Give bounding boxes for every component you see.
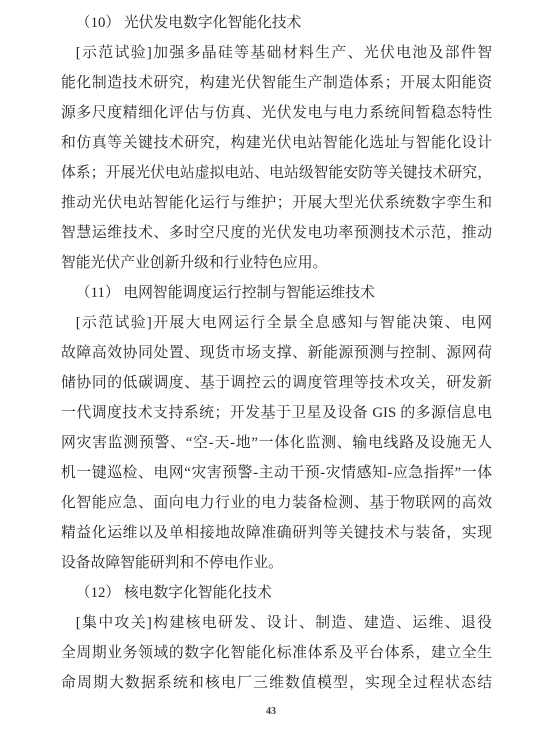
text-line: 和仿真等关键技术研究，构建光伏电站智能化选址与智能化设计 xyxy=(61,128,492,158)
document-text-block: （10） 光伏发电数字化智能化技术[示范试验]加强多晶硅等基础材料生产、光伏电池… xyxy=(61,8,492,698)
text-line: 故障高效协同处置、现货市场支撑、新能源预测与控制、源网荷 xyxy=(61,338,492,368)
section-heading-line: （12） 核电数字化智能化技术 xyxy=(61,578,492,608)
text-line: 机一键巡检、电网“灾害预警-主动干预-灾情感知-应急指挥”一体 xyxy=(61,458,492,488)
text-line: [示范试验]开展大电网运行全景全息感知与智能决策、电网 xyxy=(61,308,492,338)
page-number: 43 xyxy=(0,706,542,717)
text-line: 体系；开展光伏电站虚拟电站、电站级智能安防等关键技术研究， xyxy=(61,158,492,188)
text-line: 一代调度技术支持系统；开发基于卫星及设备 GIS 的多源信息电 xyxy=(61,398,492,428)
text-line: 精益化运维以及单相接地故障准确研判等关键技术与装备，实现 xyxy=(61,518,492,548)
text-line: 化智能应急、面向电力行业的电力装备检测、基于物联网的高效 xyxy=(61,488,492,518)
document-page: （10） 光伏发电数字化智能化技术[示范试验]加强多晶硅等基础材料生产、光伏电池… xyxy=(0,0,552,739)
text-line: 推动光伏电站智能化运行与维护；开展大型光伏系统数字孪生和 xyxy=(61,188,492,218)
text-line: 能化制造技术研究，构建光伏智能生产制造体系；开展太阳能资 xyxy=(61,68,492,98)
text-line: 命周期大数据系统和核电厂三维数值模型，实现全过程状态结 xyxy=(61,668,492,698)
text-line: 智慧运维技术、多时空尺度的光伏发电功率预测技术示范，推动 xyxy=(61,218,492,248)
text-line: 储协同的低碳调度、基于调控云的调度管理等技术攻关，研发新 xyxy=(61,368,492,398)
text-line: 网灾害监测预警、“空-天-地”一体化监测、输电线路及设施无人 xyxy=(61,428,492,458)
text-line: [示范试验]加强多晶硅等基础材料生产、光伏电池及部件智 xyxy=(61,38,492,68)
text-line: 智能光伏产业创新升级和行业特色应用。 xyxy=(61,248,492,278)
section-heading-line: （10） 光伏发电数字化智能化技术 xyxy=(61,8,492,38)
section-heading-line: （11） 电网智能调度运行控制与智能运维技术 xyxy=(61,278,492,308)
text-line: [集中攻关]构建核电研发、设计、制造、建造、运维、退役 xyxy=(61,608,492,638)
text-line: 全周期业务领域的数字化智能化标准体系及平台体系，建立全生 xyxy=(61,638,492,668)
text-line: 源多尺度精细化评估与仿真、光伏发电与电力系统间暂稳态特性 xyxy=(61,98,492,128)
text-line: 设备故障智能研判和不停电作业。 xyxy=(61,548,492,578)
